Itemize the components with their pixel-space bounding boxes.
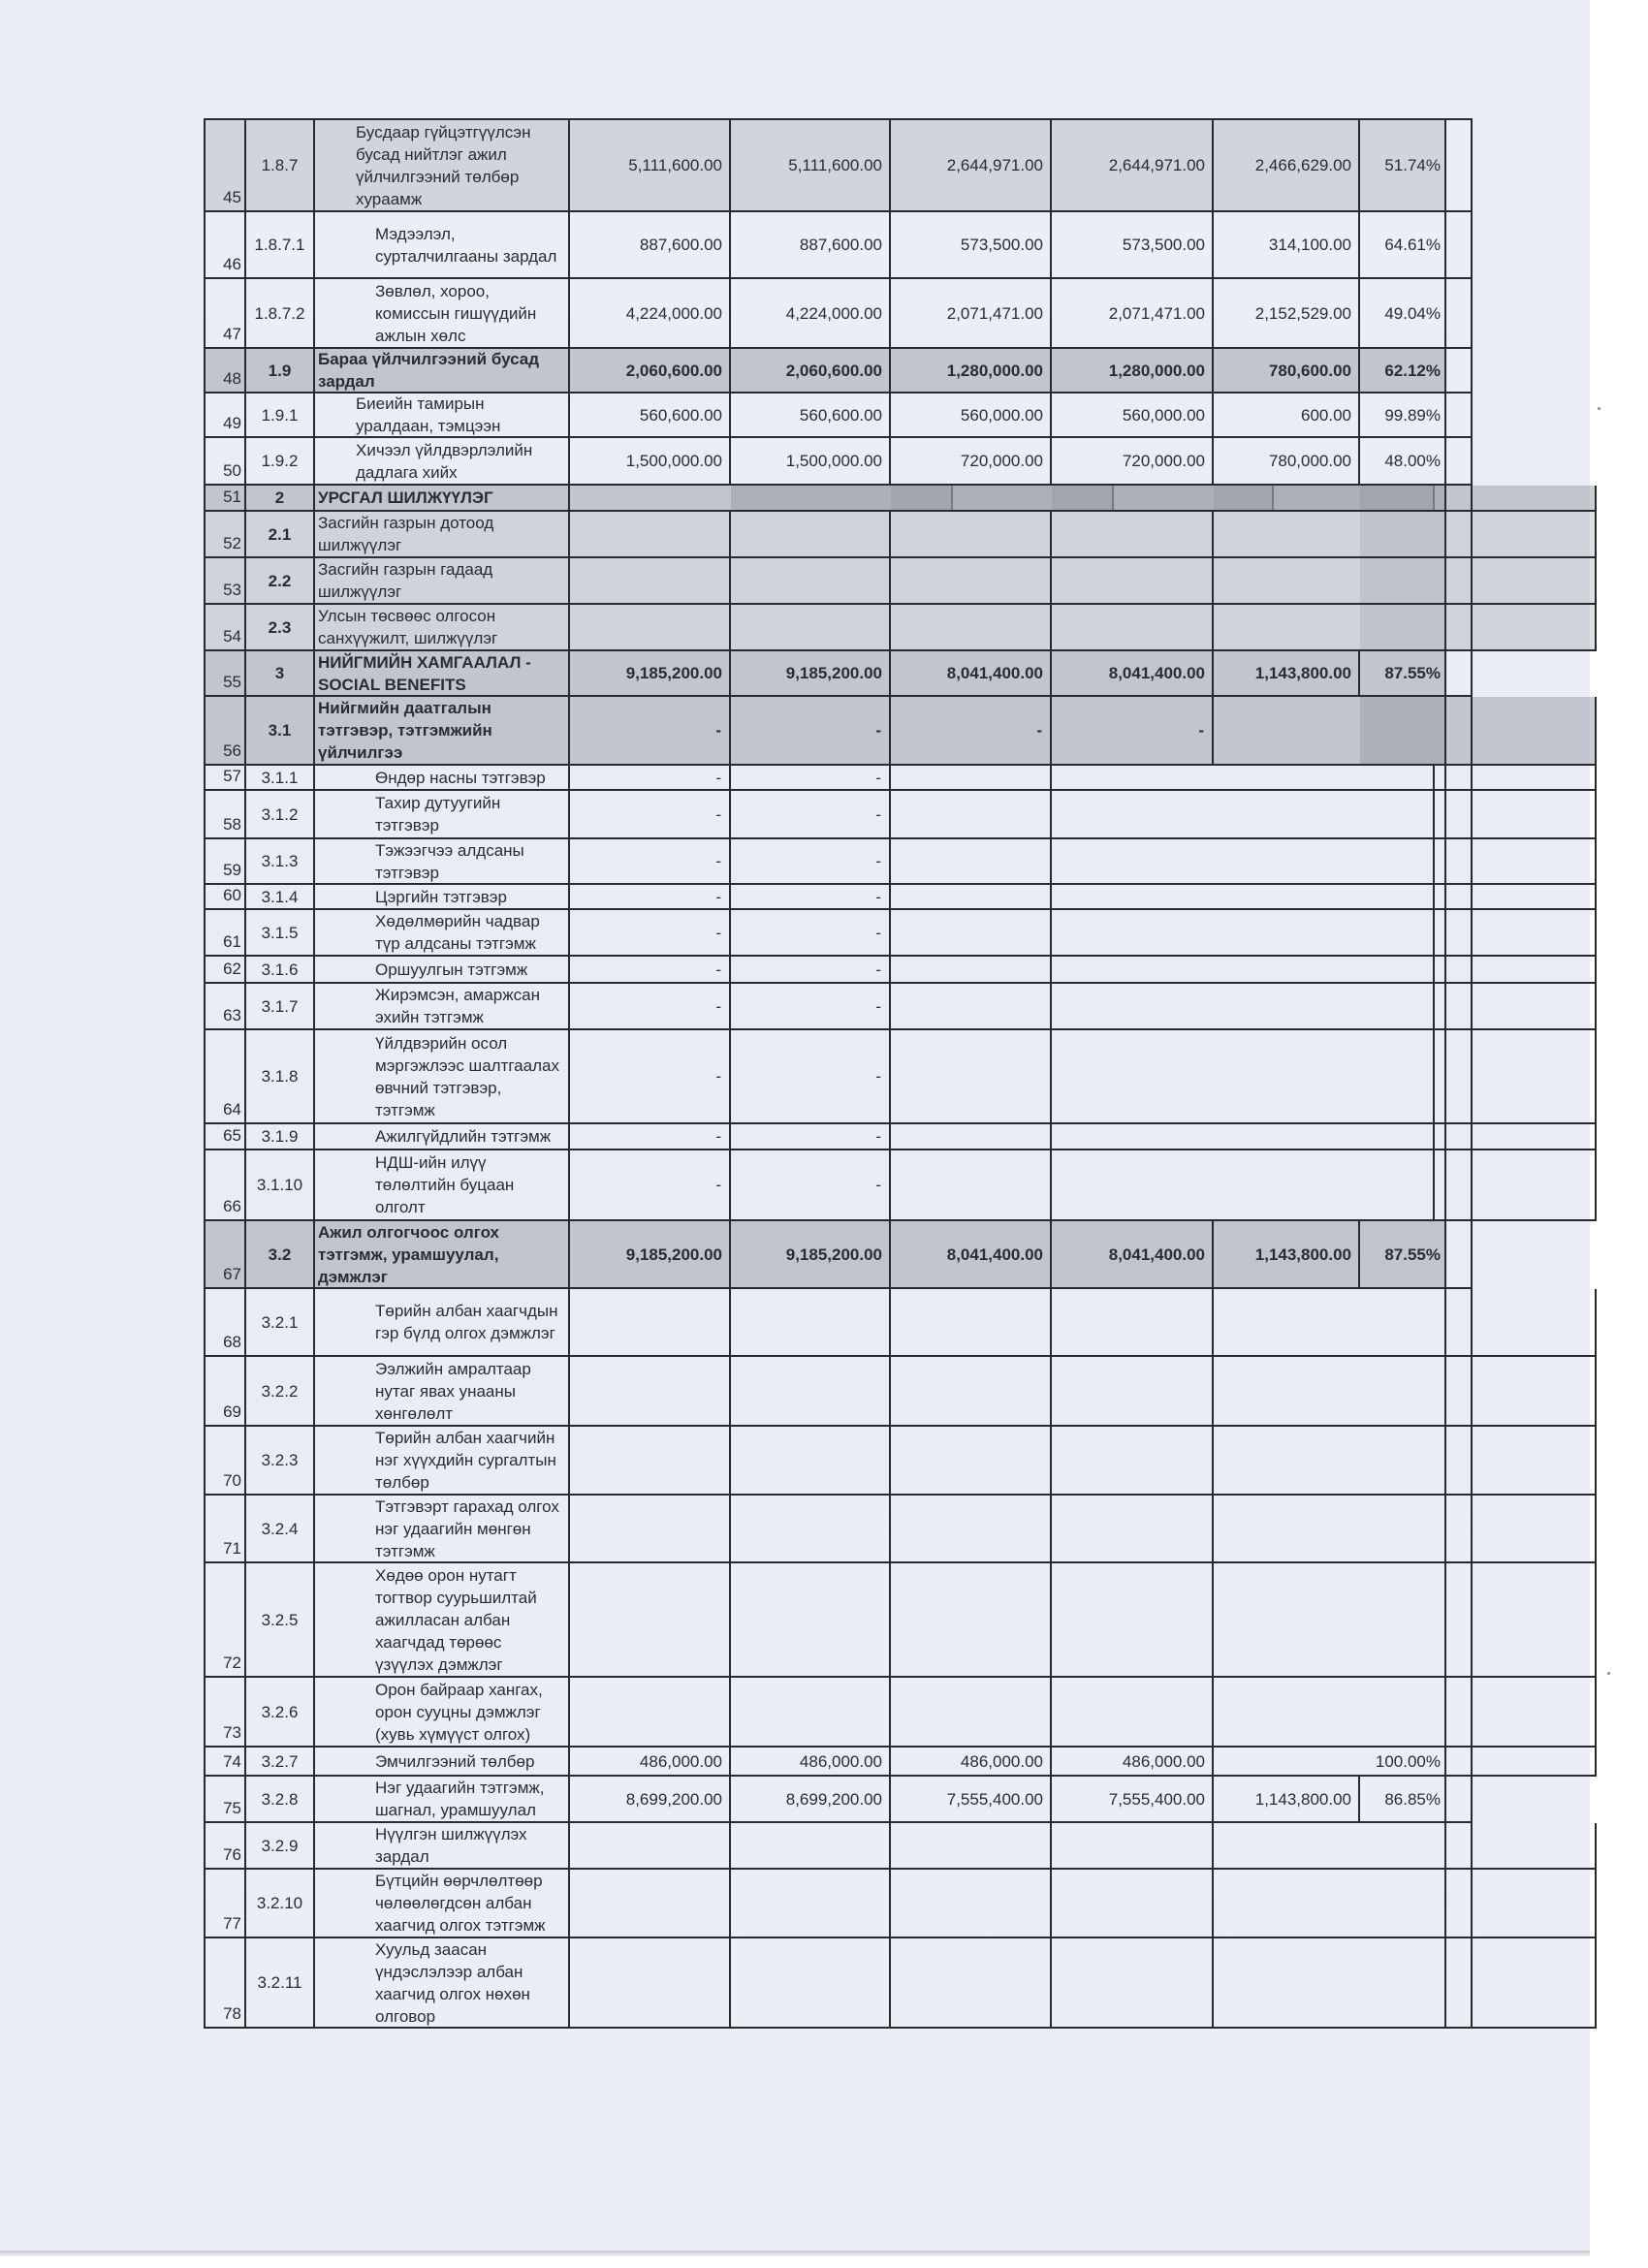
performance-cell <box>891 1496 1052 1563</box>
approved-plan-cell: - <box>570 697 731 766</box>
note-cell <box>1446 1777 1473 1823</box>
funded-cell <box>1052 1823 1214 1870</box>
table-row: 783.2.11Хуульд заасан үндэслэлээр албан … <box>204 1938 1473 2029</box>
percent-cell: 86.85% <box>1360 1777 1446 1823</box>
description-text: Ээлжийн амралтаар нутаг явах унааны хөнг… <box>375 1358 564 1425</box>
row-description: Хөдөлмөрийн чадвар түр алдсаны тэтгэмж <box>315 910 570 957</box>
row-description: Бусдаар гүйцэтгүүлсэн бусад нийтлэг ажил… <box>315 120 570 212</box>
row-code: 3.2.8 <box>246 1777 315 1823</box>
approved-plan-cell <box>570 1870 731 1938</box>
table-row: 763.2.9Нүүлгэн шилжүүлэх зардал- <box>204 1823 1473 1870</box>
table-row: 703.2.3Төрийн албан хаагчийн нэг хүүхдий… <box>204 1427 1473 1496</box>
approved-plan-cell: 8,699,200.00 <box>570 1777 731 1823</box>
note-cell <box>1446 839 1473 885</box>
approved-plan-cell: 9,185,200.00 <box>570 651 731 697</box>
row-code: 1.9.2 <box>246 438 315 486</box>
adjusted-plan-cell: - <box>731 910 891 957</box>
note-cell <box>1446 1289 1473 1357</box>
table-row: 633.1.7Жирэмсэн, амаржсан эхийн тэтгэмж-… <box>204 984 1473 1030</box>
description-text: Орон байраар хангах, орон сууцны дэмжлэг… <box>375 1679 564 1746</box>
row-description: Засгийн газрын гадаад шилжүүлэг <box>315 558 570 605</box>
row-number: 68 <box>204 1289 246 1357</box>
row-number: 56 <box>204 697 246 766</box>
note-cell <box>1446 1427 1473 1496</box>
note-cell <box>1446 957 1473 984</box>
funded-cell: 573,500.00 <box>1052 212 1214 279</box>
approved-plan-cell: - <box>570 839 731 885</box>
note-cell <box>1446 910 1473 957</box>
percent-cell: 62.12% <box>1360 349 1446 394</box>
adjusted-plan-cell: 887,600.00 <box>731 212 891 279</box>
adjusted-plan-cell: 5,111,600.00 <box>731 120 891 212</box>
performance-cell: 560,000.00 <box>891 394 1052 438</box>
row-code: 3 <box>246 651 315 697</box>
adjusted-plan-cell: - <box>731 839 891 885</box>
note-cell <box>1446 1748 1473 1777</box>
row-description: Орон байраар хангах, орон сууцны дэмжлэг… <box>315 1678 570 1748</box>
table-row: 733.2.6Орон байраар хангах, орон сууцны … <box>204 1678 1473 1748</box>
performance-cell: 8,041,400.00 <box>891 1221 1052 1289</box>
difference-cell: 780,600.00 <box>1214 349 1360 394</box>
description-text: УРСГАЛ ШИЛЖҮҮЛЭГ <box>318 487 493 509</box>
approved-plan-cell: - <box>570 957 731 984</box>
description-text: Нийгмийн даатгалын тэтгэвэр, тэтгэмжийн … <box>318 697 564 764</box>
row-number: 77 <box>204 1870 246 1938</box>
difference-cell: 2,152,529.00 <box>1214 279 1360 349</box>
approved-plan-cell <box>570 1678 731 1748</box>
approved-plan-cell: - <box>570 910 731 957</box>
percent-cell <box>1360 558 1446 605</box>
approved-plan-cell <box>570 1496 731 1563</box>
note-cell <box>1446 984 1473 1030</box>
table-row: 491.9.1Биеийн тамирын уралдаан, тэмцээн5… <box>204 394 1473 438</box>
percent-cell: 100.00% <box>1360 1748 1446 1777</box>
difference-cell: 1,143,800.00 <box>1214 1221 1360 1289</box>
performance-cell <box>891 1357 1052 1427</box>
row-description: Биеийн тамирын уралдаан, тэмцээн <box>315 394 570 438</box>
percent-cell <box>1360 697 1446 766</box>
note-cell <box>1446 558 1473 605</box>
row-description: Нэг удаагийн тэтгэмж, шагнал, урамшуулал <box>315 1777 570 1823</box>
approved-plan-cell <box>570 1938 731 2029</box>
adjusted-plan-cell: - <box>731 791 891 839</box>
row-code: 3.2.10 <box>246 1870 315 1938</box>
table-row: 512УРСГАЛ ШИЛЖҮҮЛЭГ----- <box>204 486 1473 512</box>
row-code: 1.9 <box>246 349 315 394</box>
difference-cell: 1,143,800.00 <box>1214 1777 1360 1823</box>
row-number: 76 <box>204 1823 246 1870</box>
row-number: 63 <box>204 984 246 1030</box>
percent-cell: 87.55% <box>1360 651 1446 697</box>
description-text: Цэргийн тэтгэвэр <box>375 886 507 908</box>
adjusted-plan-cell: - <box>731 1124 891 1150</box>
row-description: Ажил олгогчоос олгох тэтгэмж, урамшуулал… <box>315 1221 570 1289</box>
description-text: Эмчилгээний төлбөр <box>375 1750 534 1773</box>
adjusted-plan-cell: 2,060,600.00 <box>731 349 891 394</box>
adjusted-plan-cell: - <box>731 957 891 984</box>
percent-cell <box>1360 1124 1446 1150</box>
row-description: Улсын төсвөөс олгосон санхүүжилт, шилжүү… <box>315 605 570 651</box>
performance-cell: 7,555,400.00 <box>891 1777 1052 1823</box>
performance-cell: 2,071,471.00 <box>891 279 1052 349</box>
approved-plan-cell: - <box>570 1124 731 1150</box>
percent-cell: 51.74% <box>1360 120 1446 212</box>
row-description: Ажилгүйдлийн тэтгэмж <box>315 1124 570 1150</box>
row-number: 64 <box>204 1030 246 1124</box>
description-text: Мэдээлэл, сурталчилгааны зардал <box>375 223 564 268</box>
performance-cell <box>891 1150 1052 1221</box>
row-number: 59 <box>204 839 246 885</box>
note-cell <box>1446 438 1473 486</box>
performance-cell <box>891 605 1052 651</box>
row-code: 3.2.5 <box>246 1563 315 1678</box>
row-code: 3.2.3 <box>246 1427 315 1496</box>
approved-plan-cell <box>570 558 731 605</box>
funded-cell <box>1052 1427 1214 1496</box>
row-code: 3.2.4 <box>246 1496 315 1563</box>
note-cell <box>1446 1563 1473 1678</box>
table-row: 501.9.2Хичээл үйлдвэрлэлийн дадлага хийх… <box>204 438 1473 486</box>
percent-cell: 99.89% <box>1360 394 1446 438</box>
row-code: 3.1.1 <box>246 766 315 791</box>
note-cell <box>1446 885 1473 910</box>
approved-plan-cell: - <box>570 1030 731 1124</box>
description-text: Оршуулгын тэтгэмж <box>375 959 527 981</box>
description-text: Ажилгүйдлийн тэтгэмж <box>375 1125 551 1148</box>
row-description: Хуульд заасан үндэслэлээр албан хаагчид … <box>315 1938 570 2029</box>
funded-cell <box>1052 1938 1214 2029</box>
row-description: Ээлжийн амралтаар нутаг явах унааны хөнг… <box>315 1357 570 1427</box>
performance-cell <box>891 512 1052 558</box>
note-cell <box>1446 1870 1473 1938</box>
row-code: 3.1.3 <box>246 839 315 885</box>
table-row: 753.2.8Нэг удаагийн тэтгэмж, шагнал, ура… <box>204 1777 1473 1823</box>
row-number: 45 <box>204 120 246 212</box>
adjusted-plan-cell <box>731 512 891 558</box>
note-cell <box>1446 697 1473 766</box>
description-text: Жирэмсэн, амаржсан эхийн тэтгэмж <box>375 984 564 1028</box>
note-cell <box>1446 1823 1473 1870</box>
note-cell <box>1446 349 1473 394</box>
performance-cell: 8,041,400.00 <box>891 651 1052 697</box>
description-text: Үйлдвэрийн осол мэргэжлээс шалтгаалах өв… <box>375 1032 564 1121</box>
percent-cell <box>1360 1678 1446 1748</box>
adjusted-plan-cell: 486,000.00 <box>731 1748 891 1777</box>
performance-cell <box>891 1124 1052 1150</box>
description-text: Хичээл үйлдвэрлэлийн дадлага хийх <box>356 439 564 484</box>
row-code: 2.1 <box>246 512 315 558</box>
row-description: Жирэмсэн, амаржсан эхийн тэтгэмж <box>315 984 570 1030</box>
adjusted-plan-cell: - <box>731 1150 891 1221</box>
table-row: 471.8.7.2Зөвлөл, хороо, комиссын гишүүди… <box>204 279 1473 349</box>
adjusted-plan-cell <box>731 1870 891 1938</box>
row-number: 62 <box>204 957 246 984</box>
row-number: 78 <box>204 1938 246 2029</box>
table-row: 613.1.5Хөдөлмөрийн чадвар түр алдсаны тэ… <box>204 910 1473 957</box>
row-description: Бүтцийн өөрчлөлтөөр чөлөөлөгдсөн албан х… <box>315 1870 570 1938</box>
row-code: 3.2.11 <box>246 1938 315 2029</box>
row-code: 1.8.7 <box>246 120 315 212</box>
table-row: 623.1.6Оршуулгын тэтгэмж---- <box>204 957 1473 984</box>
approved-plan-cell: 887,600.00 <box>570 212 731 279</box>
note-cell <box>1446 791 1473 839</box>
approved-plan-cell: - <box>570 1150 731 1221</box>
funded-cell: 720,000.00 <box>1052 438 1214 486</box>
note-cell <box>1446 1938 1473 2029</box>
performance-cell: 2,644,971.00 <box>891 120 1052 212</box>
row-number: 51 <box>204 486 246 512</box>
approved-plan-cell <box>570 512 731 558</box>
approved-plan-cell <box>570 1357 731 1427</box>
row-code: 3.2.6 <box>246 1678 315 1748</box>
row-code: 3.2.9 <box>246 1823 315 1870</box>
percent-cell <box>1360 910 1446 957</box>
funded-cell: 2,644,971.00 <box>1052 120 1214 212</box>
row-code: 3.1.2 <box>246 791 315 839</box>
row-number: 69 <box>204 1357 246 1427</box>
adjusted-plan-cell <box>731 1427 891 1496</box>
row-code: 3.2.2 <box>246 1357 315 1427</box>
note-cell <box>1446 605 1473 651</box>
percent-cell <box>1360 605 1446 651</box>
approved-plan-cell: - <box>570 766 731 791</box>
description-text: Төрийн албан хаагчдын гэр бүлд олгох дэм… <box>375 1300 564 1344</box>
note-cell <box>1446 766 1473 791</box>
funded-cell <box>1052 1870 1214 1938</box>
row-number: 54 <box>204 605 246 651</box>
row-number: 71 <box>204 1496 246 1563</box>
row-description: Үйлдвэрийн осол мэргэжлээс шалтгаалах өв… <box>315 1030 570 1124</box>
row-number: 75 <box>204 1777 246 1823</box>
difference-cell: 1,143,800.00 <box>1214 651 1360 697</box>
scan-speck <box>1607 1672 1610 1675</box>
approved-plan-cell <box>570 1427 731 1496</box>
funded-cell: 8,041,400.00 <box>1052 651 1214 697</box>
percent-cell <box>1360 1289 1446 1357</box>
funded-cell <box>1052 558 1214 605</box>
table-row: 713.2.4Тэтгэвэрт гарахад олгох нэг удааг… <box>204 1496 1473 1563</box>
funded-cell <box>1052 605 1214 651</box>
difference-cell: 314,100.00 <box>1214 212 1360 279</box>
row-number: 74 <box>204 1748 246 1777</box>
table-row: 673.2Ажил олгогчоос олгох тэтгэмж, урамш… <box>204 1221 1473 1289</box>
row-code: 2.2 <box>246 558 315 605</box>
row-description: Тахир дутуугийн тэтгэвэр <box>315 791 570 839</box>
row-description: Оршуулгын тэтгэмж <box>315 957 570 984</box>
approved-plan-cell <box>570 605 731 651</box>
row-description: Өндөр насны тэтгэвэр <box>315 766 570 791</box>
row-description: Мэдээлэл, сурталчилгааны зардал <box>315 212 570 279</box>
percent-cell <box>1360 1938 1446 2029</box>
description-text: НДШ-ийн илүү төлөлтийн буцаан олголт <box>375 1151 564 1218</box>
adjusted-plan-cell <box>731 605 891 651</box>
percent-cell: 64.61% <box>1360 212 1446 279</box>
row-code: 3.1.9 <box>246 1124 315 1150</box>
performance-cell <box>891 1030 1052 1124</box>
percent-cell <box>1360 1823 1446 1870</box>
funded-cell <box>1052 1496 1214 1563</box>
row-description: Нийгмийн даатгалын тэтгэвэр, тэтгэмжийн … <box>315 697 570 766</box>
table-row: 583.1.2Тахир дутуугийн тэтгэвэр---- <box>204 791 1473 839</box>
performance-cell <box>891 791 1052 839</box>
description-text: Хөдөө орон нутагт тогтвор суурьшилтай аж… <box>375 1564 564 1676</box>
row-description: Хөдөө орон нутагт тогтвор суурьшилтай аж… <box>315 1563 570 1678</box>
adjusted-plan-cell <box>731 1357 891 1427</box>
row-code: 1.8.7.1 <box>246 212 315 279</box>
row-number: 48 <box>204 349 246 394</box>
funded-cell <box>1052 1678 1214 1748</box>
adjusted-plan-cell <box>731 1938 891 2029</box>
performance-cell <box>891 558 1052 605</box>
performance-cell <box>891 1289 1052 1357</box>
performance-cell <box>891 839 1052 885</box>
performance-cell: 573,500.00 <box>891 212 1052 279</box>
funded-cell: 560,000.00 <box>1052 394 1214 438</box>
row-description: Төрийн албан хаагчийн нэг хүүхдийн сурга… <box>315 1427 570 1496</box>
note-cell <box>1446 1124 1473 1150</box>
description-text: Тахир дутуугийн тэтгэвэр <box>375 792 564 836</box>
description-text: Өндөр насны тэтгэвэр <box>375 767 546 789</box>
percent-cell <box>1360 1357 1446 1427</box>
description-text: Хөдөлмөрийн чадвар түр алдсаны тэтгэмж <box>375 910 564 955</box>
description-text: Засгийн газрын гадаад шилжүүлэг <box>318 558 564 603</box>
funded-cell: 486,000.00 <box>1052 1748 1214 1777</box>
row-code: 3.1 <box>246 697 315 766</box>
row-number: 67 <box>204 1221 246 1289</box>
adjusted-plan-cell: - <box>731 885 891 910</box>
percent-cell <box>1360 791 1446 839</box>
table-row: 481.9Бараа үйлчилгээний бусад зардал2,06… <box>204 349 1473 394</box>
approved-plan-cell: - <box>570 984 731 1030</box>
percent-cell <box>1360 1427 1446 1496</box>
approved-plan-cell: 560,600.00 <box>570 394 731 438</box>
description-text: Бүтцийн өөрчлөлтөөр чөлөөлөгдсөн албан х… <box>375 1870 564 1937</box>
description-text: Нүүлгэн шилжүүлэх зардал <box>375 1823 564 1868</box>
row-code: 1.8.7.2 <box>246 279 315 349</box>
approved-plan-cell: - <box>570 791 731 839</box>
row-code: 3.1.4 <box>246 885 315 910</box>
performance-cell: - <box>891 697 1052 766</box>
description-text: НИЙГМИЙН ХАМГААЛАЛ - SOCIAL BENEFITS <box>318 651 564 696</box>
table-row: 743.2.7Эмчилгээний төлбөр486,000.00486,0… <box>204 1748 1473 1777</box>
adjusted-plan-cell: 9,185,200.00 <box>731 651 891 697</box>
funded-cell <box>1052 1563 1214 1678</box>
performance-cell <box>891 957 1052 984</box>
row-number: 46 <box>204 212 246 279</box>
row-description: Нүүлгэн шилжүүлэх зардал <box>315 1823 570 1870</box>
description-text: Ажил олгогчоос олгох тэтгэмж, урамшуулал… <box>318 1221 564 1288</box>
adjusted-plan-cell: 560,600.00 <box>731 394 891 438</box>
description-text: Тэтгэвэрт гарахад олгох нэг удаагийн мөн… <box>375 1496 564 1562</box>
performance-cell <box>891 1870 1052 1938</box>
note-cell <box>1446 1357 1473 1427</box>
note-cell <box>1446 1678 1473 1748</box>
table-row: 693.2.2Ээлжийн амралтаар нутаг явах унаа… <box>204 1357 1473 1427</box>
adjusted-plan-cell: - <box>731 1030 891 1124</box>
performance-cell <box>891 910 1052 957</box>
approved-plan-cell: 9,185,200.00 <box>570 1221 731 1289</box>
percent-cell: 87.55% <box>1360 1221 1446 1289</box>
row-code: 3.2 <box>246 1221 315 1289</box>
table-row: 563.1Нийгмийн даатгалын тэтгэвэр, тэтгэм… <box>204 697 1473 766</box>
performance-cell <box>891 984 1052 1030</box>
scan-speck <box>1598 407 1600 410</box>
funded-cell <box>1052 1289 1214 1357</box>
row-number: 50 <box>204 438 246 486</box>
adjusted-plan-cell: - <box>731 984 891 1030</box>
note-cell <box>1446 212 1473 279</box>
percent-cell <box>1360 766 1446 791</box>
table-row: 451.8.7Бусдаар гүйцэтгүүлсэн бусад нийтл… <box>204 120 1473 212</box>
row-code: 3.1.6 <box>246 957 315 984</box>
percent-cell: 48.00% <box>1360 438 1446 486</box>
percent-cell: 49.04% <box>1360 279 1446 349</box>
row-number: 65 <box>204 1124 246 1150</box>
note-cell <box>1446 279 1473 349</box>
percent-cell <box>1360 957 1446 984</box>
note-cell <box>1446 394 1473 438</box>
table-row: 603.1.4Цэргийн тэтгэвэр---- <box>204 885 1473 910</box>
description-text: Зөвлөл, хороо, комиссын гишүүдийн ажлын … <box>375 280 564 347</box>
row-number: 72 <box>204 1563 246 1678</box>
funded-cell: - <box>1052 697 1214 766</box>
description-text: Бараа үйлчилгээний бусад зардал <box>318 349 564 393</box>
funded-cell <box>1052 512 1214 558</box>
performance-cell <box>891 1938 1052 2029</box>
performance-cell <box>891 1678 1052 1748</box>
percent-cell <box>1360 1030 1446 1124</box>
row-number: 57 <box>204 766 246 791</box>
percent-cell <box>1360 512 1446 558</box>
row-code: 3.1.7 <box>246 984 315 1030</box>
approved-plan-cell <box>570 1563 731 1678</box>
table-row: 723.2.5Хөдөө орон нутагт тогтвор суурьши… <box>204 1563 1473 1678</box>
row-number: 49 <box>204 394 246 438</box>
table-row: 532.2Засгийн газрын гадаад шилжүүлэг- <box>204 558 1473 605</box>
row-code: 3.1.5 <box>246 910 315 957</box>
row-description: Засгийн газрын дотоод шилжүүлэг <box>315 512 570 558</box>
row-description: Цэргийн тэтгэвэр <box>315 885 570 910</box>
difference-cell: 780,000.00 <box>1214 438 1360 486</box>
adjusted-plan-cell <box>731 1563 891 1678</box>
page-edge <box>0 2251 1590 2256</box>
percent-cell <box>1360 1563 1446 1678</box>
table-row: 653.1.9Ажилгүйдлийн тэтгэмж---- <box>204 1124 1473 1150</box>
note-cell <box>1446 1030 1473 1124</box>
row-number: 58 <box>204 791 246 839</box>
row-code: 3.1.8 <box>246 1030 315 1124</box>
description-text: Биеийн тамирын уралдаан, тэмцээн <box>356 394 564 437</box>
table-row: 663.1.10НДШ-ийн илүү төлөлтийн буцаан ол… <box>204 1150 1473 1221</box>
adjusted-plan-cell: - <box>731 766 891 791</box>
funded-cell <box>1052 1357 1214 1427</box>
row-description: Тэжээгчээ алдсаны тэтгэвэр <box>315 839 570 885</box>
adjusted-plan-cell <box>731 1678 891 1748</box>
row-number: 61 <box>204 910 246 957</box>
row-number: 52 <box>204 512 246 558</box>
adjusted-plan-cell <box>731 1823 891 1870</box>
performance-cell <box>891 1823 1052 1870</box>
row-number: 70 <box>204 1427 246 1496</box>
performance-cell <box>891 1427 1052 1496</box>
row-description: Хичээл үйлдвэрлэлийн дадлага хийх <box>315 438 570 486</box>
note-cell <box>1446 1496 1473 1563</box>
funded-cell: 7,555,400.00 <box>1052 1777 1214 1823</box>
row-number: 53 <box>204 558 246 605</box>
row-description: УРСГАЛ ШИЛЖҮҮЛЭГ <box>315 486 570 512</box>
description-text: Бусдаар гүйцэтгүүлсэн бусад нийтлэг ажил… <box>356 121 564 210</box>
funded-cell: 8,041,400.00 <box>1052 1221 1214 1289</box>
